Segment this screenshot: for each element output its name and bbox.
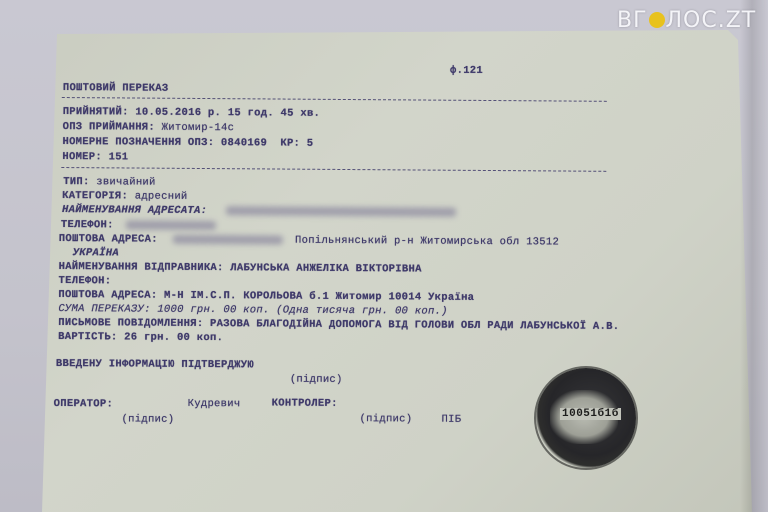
signature-hint-confirm: (підпис) bbox=[290, 374, 343, 386]
site-watermark: ВГЛОС.ZT bbox=[617, 8, 756, 33]
sender-name-label: НАЙМЕНУВАННЯ ВІДПРАВНИКА: bbox=[59, 261, 224, 274]
signature-hint-controller: (підпис) bbox=[360, 413, 413, 425]
kr-label: КР: bbox=[280, 138, 300, 150]
type-label: ТИП: bbox=[63, 176, 89, 188]
cost-label: ВАРТІСТЬ: bbox=[58, 331, 118, 343]
sender-name-row: НАЙМЕНУВАННЯ ВІДПРАВНИКА: ЛАБУНСЬКА АНЖЕ… bbox=[59, 261, 422, 276]
recipient-address-label: ПОШТОВА АДРЕСА: bbox=[59, 233, 158, 246]
redacted-recipient-phone bbox=[126, 220, 216, 230]
watermark-text-2: ЛОС.ZT bbox=[666, 8, 757, 33]
document-title: ПОШТОВИЙ ПЕРЕКАЗ bbox=[63, 82, 169, 95]
controller-label: КОНТРОЛЕР: bbox=[272, 397, 338, 409]
ops-value: Житомир-14с bbox=[162, 122, 235, 135]
type-row: ТИП: звичайний bbox=[63, 176, 156, 189]
accepted-row: ПРИЙНЯТИЙ: 10.05.2016 р. 15 год. 45 хв. bbox=[63, 106, 321, 120]
cost-value: 26 грн. 00 коп. bbox=[124, 331, 223, 344]
redacted-recipient-address bbox=[172, 235, 282, 245]
sender-phone-label: ТЕЛЕФОН: bbox=[58, 275, 111, 287]
ops-row: ОПЗ ПРИЙМАННЯ: Житомир-14с bbox=[63, 121, 235, 134]
recipient-phone-row: ТЕЛЕФОН: bbox=[61, 219, 217, 232]
number-row: НОМЕР: 151 bbox=[62, 151, 128, 163]
recipient-name-label: НАЙМЕНУВАННЯ АДРЕСАТА: bbox=[62, 204, 207, 217]
number-label: НОМЕР: bbox=[62, 151, 102, 163]
ops-code-label: НОМЕРНЕ ПОЗНАЧЕННЯ ОПЗ: bbox=[62, 136, 214, 149]
ops-code-value: 0840169 bbox=[221, 137, 267, 149]
cost-row: ВАРТІСТЬ: 26 грн. 00 коп. bbox=[58, 331, 223, 344]
recipient-phone-label: ТЕЛЕФОН: bbox=[61, 219, 114, 231]
watermark-text-1: ВГ bbox=[617, 8, 648, 33]
redacted-recipient-name bbox=[226, 206, 456, 217]
signature-hint-operator: (підпис) bbox=[122, 413, 175, 425]
kr-value: 5 bbox=[307, 138, 314, 150]
number-value: 151 bbox=[109, 151, 129, 163]
sender-phone-row: ТЕЛЕФОН: bbox=[58, 275, 111, 287]
postal-stamp: 10051б1б bbox=[536, 368, 636, 468]
wifi-signal-icon bbox=[649, 12, 665, 28]
operator-name: Кудревич bbox=[188, 398, 241, 410]
recipient-address-value: Попільнянський р-н Житомирська обл 13512 bbox=[295, 235, 559, 249]
category-label: КАТЕГОРІЯ: bbox=[62, 190, 128, 202]
form-number: ф.121 bbox=[450, 65, 483, 77]
ops-label: ОПЗ ПРИЙМАННЯ: bbox=[63, 121, 156, 134]
sender-name-value: ЛАБУНСЬКА АНЖЕЛІКА ВІКТОРІВНА bbox=[230, 262, 422, 275]
sender-address-label: ПОШТОВА АДРЕСА: bbox=[58, 289, 157, 302]
message-label: ПИСЬМОВЕ ПОВІДОМЛЕННЯ: bbox=[58, 317, 203, 330]
accepted-label: ПРИЙНЯТИЙ: bbox=[63, 106, 129, 118]
accepted-value: 10.05.2016 р. 15 год. 45 хв. bbox=[135, 107, 320, 120]
category-row: КАТЕГОРІЯ: адресний bbox=[62, 190, 188, 203]
stamp-date: 10051б1б bbox=[560, 408, 621, 420]
type-value: звичайний bbox=[96, 176, 156, 188]
pib-label: ПІБ bbox=[442, 414, 462, 426]
sender-address-value: М-Н ІМ.С.П. КОРОЛЬОВА б.1 Житомир 10014 … bbox=[164, 290, 474, 304]
confirm-text: ВВЕДЕНУ ІНФОРМАЦІЮ ПІДТВЕРДЖУЮ bbox=[56, 358, 254, 371]
recipient-country: УКРАЇНА bbox=[73, 247, 119, 259]
operator-label: ОПЕРАТОР: bbox=[54, 398, 114, 410]
ops-code-row: НОМЕРНЕ ПОЗНАЧЕННЯ ОПЗ: 0840169 КР: 5 bbox=[62, 136, 313, 150]
category-value: адресний bbox=[135, 191, 188, 203]
